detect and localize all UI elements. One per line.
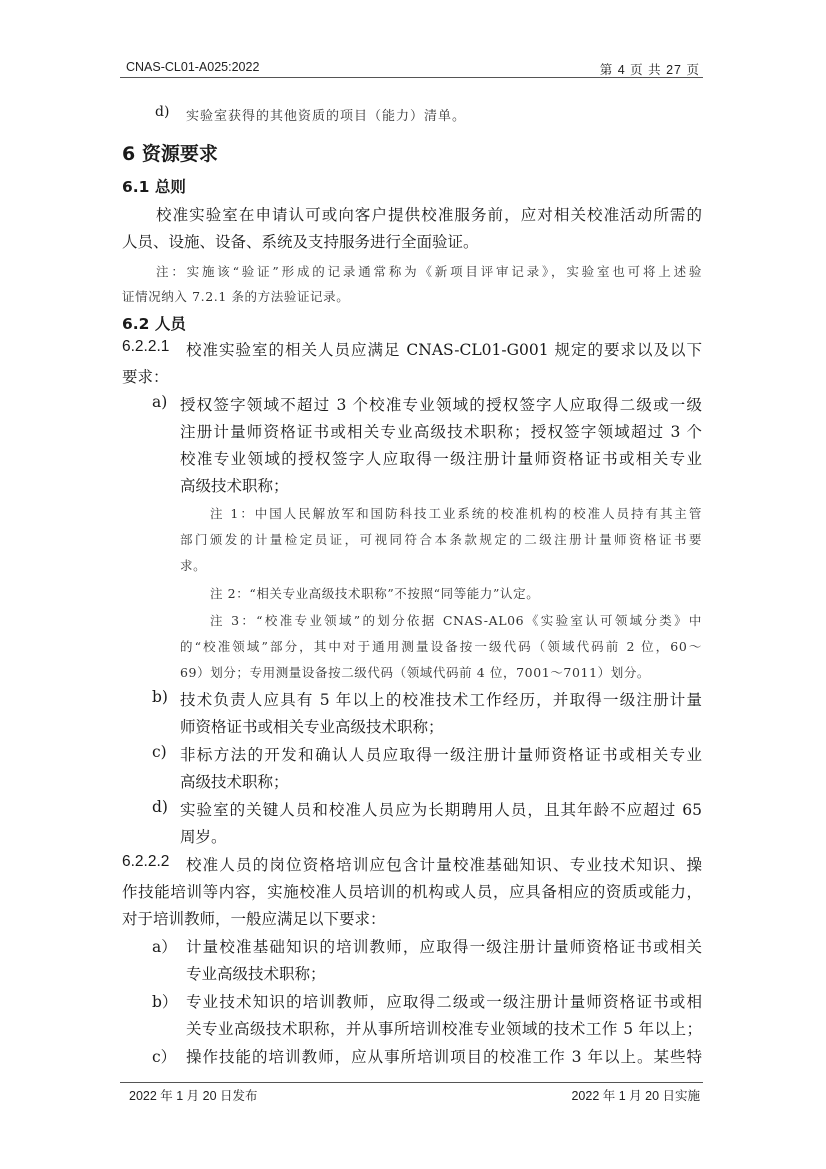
list-label: b） (152, 990, 177, 1012)
page-header: CNAS-CL01-A025:2022 第 4 页 共 27 页 (120, 58, 702, 76)
list-label: c) (152, 743, 167, 761)
clause-number: 6.2.2.1 (122, 338, 169, 356)
list-item-line: 实验室的关键人员和校准人员应为长期聘用人员，且其年龄不应超过 65 (180, 798, 702, 820)
note-line: 注：实施该“验证”形成的记录通常称为《新项目评审记录》，实验室也可将上述验 (156, 262, 702, 280)
paragraph-line: 人员、设施、设备、系统及支持服务进行全面验证。 (122, 230, 479, 252)
list-item-line: 师资格证书或相关专业高级技术职称； (180, 715, 444, 737)
note-line: 部门颁发的计量检定员证，可视同符合本条款规定的二级注册计量师资格证书要 (180, 530, 702, 548)
footer-divider (120, 1082, 703, 1083)
list-label: d) (155, 104, 169, 120)
clause-line: 作技能培训等内容，实施校准人员培训的机构或人员，应具备相应的资质或能力， (122, 880, 702, 902)
list-item-line: 周岁。 (180, 825, 227, 847)
clause-line: 校准实验室的相关人员应满足 CNAS-CL01-G001 规定的要求以及以下 (186, 338, 702, 360)
list-item-line: 专业高级技术职称； (186, 962, 326, 984)
list-item-line: 计量校准基础知识的培训教师，应取得一级注册计量师资格证书或相关 (186, 935, 702, 957)
page-indicator: 第 4 页 共 27 页 (600, 60, 700, 78)
list-item-line: 专业技术知识的培训教师，应取得二级或一级注册计量师资格证书或相 (186, 990, 702, 1012)
note-line: 注 3：“校准专业领域”的划分依据 CNAS-AL06《实验室认可领域分类》中 (210, 611, 702, 629)
paragraph-line: 校准实验室在申请认可或向客户提供校准服务前，应对相关校准活动所需的 (156, 203, 702, 225)
header-divider (120, 77, 703, 78)
note-line: 注 1：中国人民解放军和国防科技工业系统的校准机构的校准人员持有其主管 (210, 504, 702, 522)
list-item-line: 高级技术职称； (180, 770, 289, 792)
note-line: 求。 (180, 556, 206, 574)
page-footer: 2022 年 1 月 20 日发布 2022 年 1 月 20 日实施 (120, 1086, 702, 1104)
list-label: b) (152, 688, 168, 706)
list-label: c） (152, 1045, 176, 1067)
list-item-line: 校准专业领域的授权签字人应取得一级注册计量师资格证书或相关专业 (180, 447, 702, 469)
note-line: 注 2：“相关专业高级技术职称”不按照“同等能力”认定。 (210, 584, 539, 602)
section-heading-6: 6 资源要求 (122, 139, 218, 166)
list-item-line: 技术负责人应具有 5 年以上的校准技术工作经历，并取得一级注册计量 (180, 688, 702, 710)
list-item-line: 关专业高级技术职称，并从事所培训校准专业领域的技术工作 5 年以上； (186, 1017, 702, 1039)
section-heading-6-1: 6.1 总则 (122, 175, 186, 197)
document-id: CNAS-CL01-A025:2022 (126, 60, 259, 74)
clause-line: 对于培训教师，一般应满足以下要求： (122, 907, 386, 929)
list-item-line: 高级技术职称； (180, 474, 289, 496)
effective-date: 2022 年 1 月 20 日实施 (571, 1086, 700, 1104)
clause-line: 校准人员的岗位资格培训应包含计量校准基础知识、专业技术知识、操 (186, 853, 702, 875)
clause-number: 6.2.2.2 (122, 853, 169, 871)
note-line: 证情况纳入 7.2.1 条的方法验证记录。 (122, 287, 349, 305)
list-label: d) (152, 798, 168, 816)
list-item-line: 注册计量师资格证书或相关专业高级技术职称；授权签字领域超过 3 个 (180, 420, 702, 442)
list-item-text: 实验室获得的其他资质的项目（能力）清单。 (186, 105, 466, 124)
note-line: 的“校准领域”部分，其中对于通用测量设备按一级代码（领域代码前 2 位，60～ (180, 637, 702, 655)
list-label: a） (152, 935, 177, 957)
list-item-line: 非标方法的开发和确认人员应取得一级注册计量师资格证书或相关专业 (180, 743, 702, 765)
section-heading-6-2: 6.2 人员 (122, 312, 186, 334)
list-label: a) (152, 393, 167, 411)
note-line: 69）划分；专用测量设备按二级代码（领域代码前 4 位，7001～7011）划分… (180, 663, 650, 681)
publish-date: 2022 年 1 月 20 日发布 (129, 1086, 258, 1104)
list-item-line: 授权签字领域不超过 3 个校准专业领域的授权签字人应取得二级或一级 (180, 393, 702, 415)
clause-line: 要求： (122, 365, 169, 387)
list-item-line: 操作技能的培训教师，应从事所培训项目的校准工作 3 年以上。某些特 (186, 1045, 702, 1067)
